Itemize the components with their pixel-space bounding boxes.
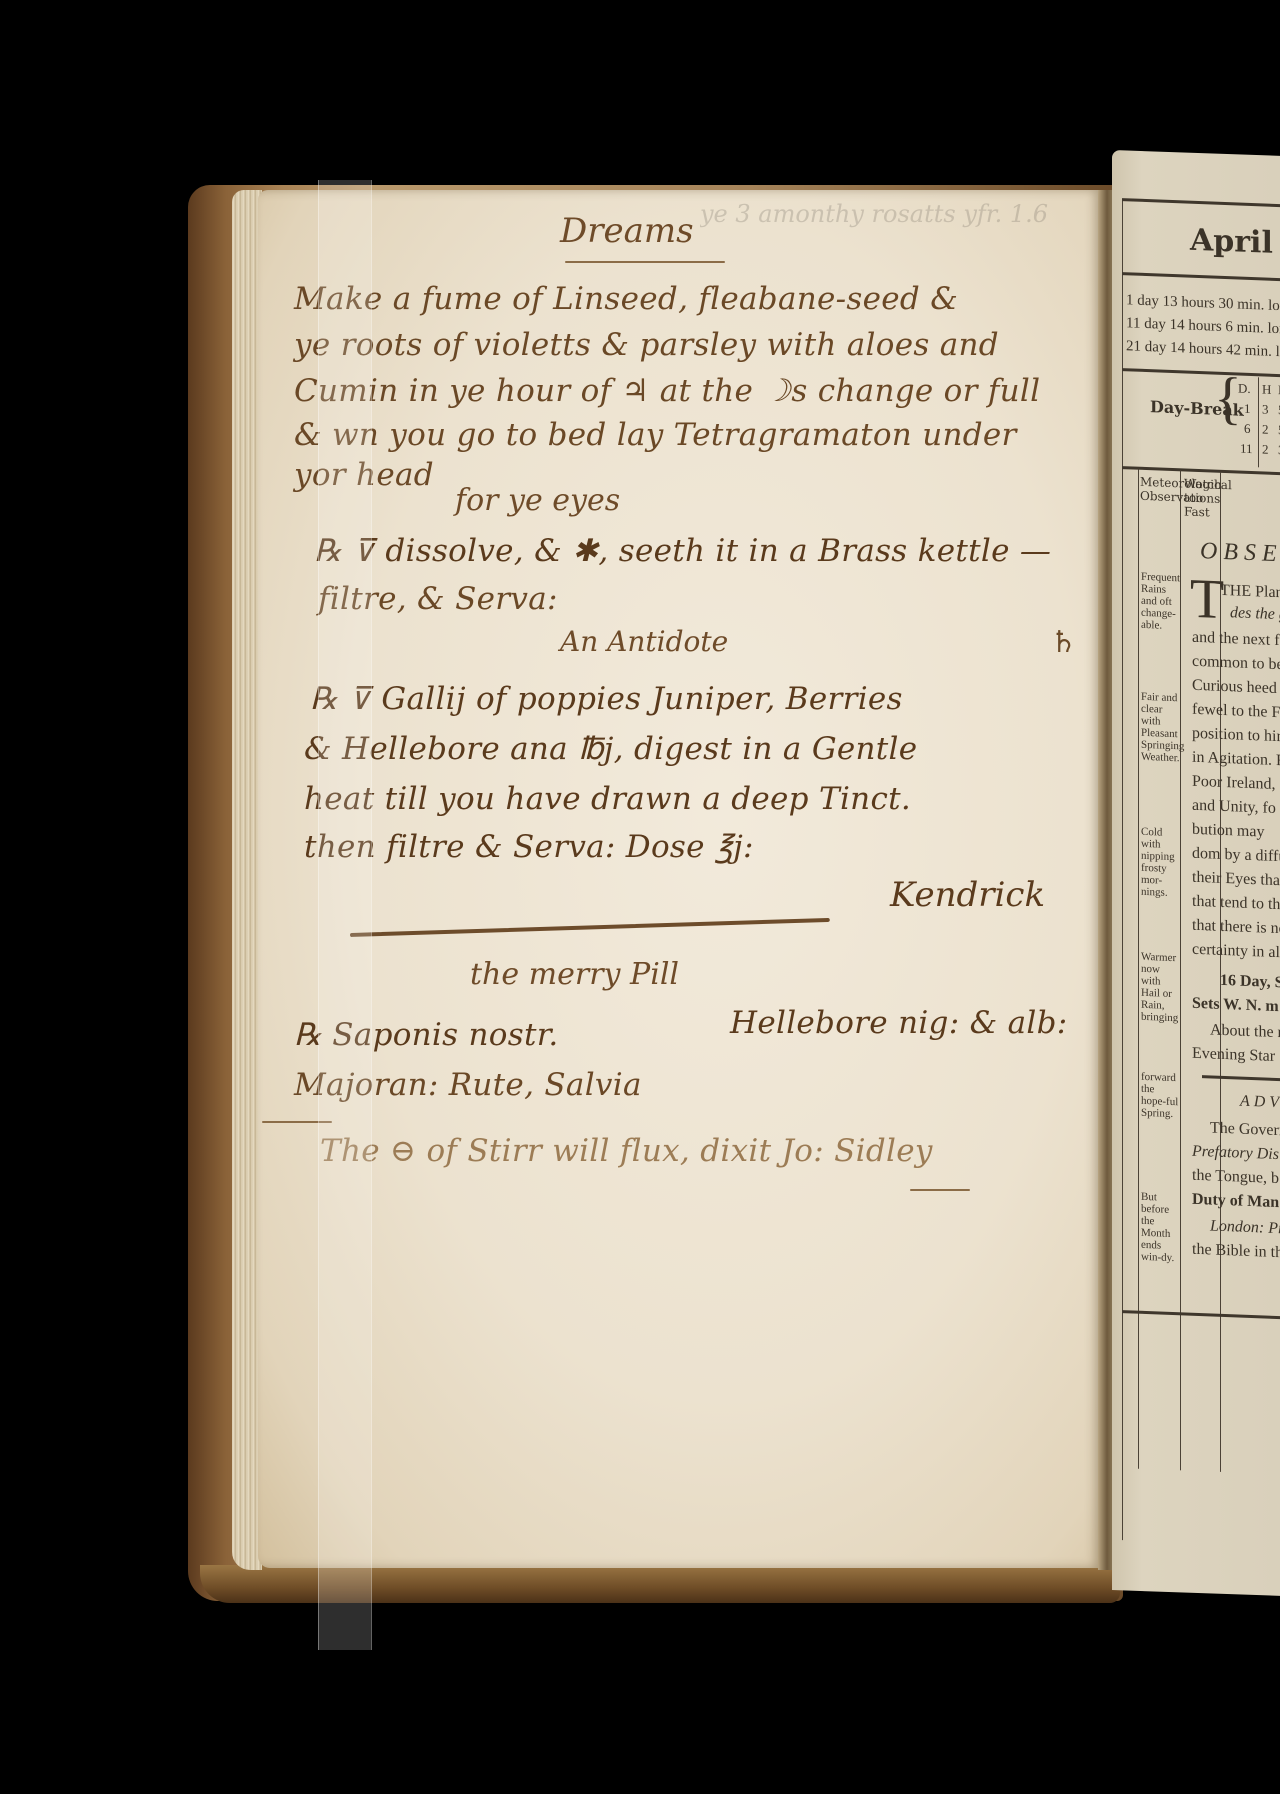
repair-tape-strip <box>318 180 372 1650</box>
observation-line: 16 Day, Su <box>1220 972 1280 993</box>
observation-line: des the gr <box>1230 604 1280 624</box>
month-rule <box>1122 272 1280 282</box>
observation-line: that there is no <box>1192 917 1280 939</box>
day-length-2: 11 day 14 hours 6 min. long <box>1126 315 1280 338</box>
watch-header: Watch too Fast <box>1184 476 1218 519</box>
observation-line: Poor Ireland, and <box>1192 773 1280 795</box>
signature-kendrick: Kendrick <box>890 875 1045 915</box>
weather-note: Fair and clear with Pleasant Springing W… <box>1141 691 1179 764</box>
daybreak-header-d: D. <box>1238 381 1251 397</box>
weather-note: But before the Month ends win-dy. <box>1141 1191 1179 1264</box>
observation-line: Sets W. N. m <box>1192 995 1279 1016</box>
daybreak-cell: 2 <box>1262 421 1269 437</box>
daybreak-cell: 11 <box>1240 441 1253 457</box>
weather-column-line <box>1180 470 1181 1470</box>
observation-line: and Unity, fo <box>1192 797 1276 818</box>
advert-line: London: Pri <box>1210 1217 1280 1238</box>
dreams-line-4: & wn you go to bed lay Tetragramaton und… <box>294 417 1017 453</box>
observation-line: that tend to the <box>1192 893 1280 915</box>
advert-line: the Bible in th <box>1192 1241 1280 1263</box>
observation-line: common to be <box>1192 653 1280 675</box>
observation-line: in Agitation. Fr <box>1192 749 1280 771</box>
daybreak-cell: 2 <box>1262 441 1269 457</box>
day-column-line <box>1138 469 1139 1469</box>
dreams-line-3: Cumin in ye hour of ♃ at the ☽s change o… <box>294 373 1040 409</box>
observation-line: and the next fo <box>1192 629 1280 651</box>
observation-line: THE Planet <box>1220 582 1280 603</box>
daybreak-cell: 1 <box>1244 401 1251 417</box>
antidote-line-1: ℞ ⊽ Gallij of poppies Juniper, Berries <box>310 681 903 717</box>
observation-line: fewel to the Fir <box>1192 701 1280 723</box>
observation-line: position to him al <box>1192 725 1280 747</box>
almanac-top-rule <box>1122 198 1280 208</box>
dreams-line-2: ye roots of violetts & parsley with aloe… <box>294 327 999 363</box>
day-length-3: 21 day 14 hours 42 min. long <box>1126 338 1280 362</box>
eyes-line-1: ℞ ⊽ dissolve, & ✱, seeth it in a Brass k… <box>314 533 1051 569</box>
observation-line: their Eyes that <box>1192 869 1280 891</box>
weather-note: Cold with nipping frosty mor-nings. <box>1141 826 1179 899</box>
almanac-bottom-rule <box>1122 1310 1280 1320</box>
weather-note: Warmer now with Hail or Rain, bringing <box>1141 951 1179 1024</box>
observation-line: Curious heed his <box>1192 677 1280 699</box>
almanac-content: April 1 day 13 hours 30 min. long 11 day… <box>1120 160 1280 1587</box>
advert-line: Duty of Man <box>1192 1191 1279 1212</box>
daybreak-header-h: H <box>1262 381 1271 397</box>
almanac-left-border <box>1122 200 1123 1540</box>
month-title: April <box>1190 223 1273 261</box>
advert-line: Prefatory Dis <box>1192 1143 1279 1164</box>
heading-underline <box>565 261 725 263</box>
heading-merry-pill: the merry Pill <box>470 957 679 992</box>
advert-title: ADVE <box>1240 1093 1280 1113</box>
antidote-line-2: & Hellebore ana ℔j, digest in a Gentle <box>304 731 917 767</box>
heading-antidote: An Antidote <box>560 625 728 658</box>
saturn-symbol-icon: ♄ <box>1050 625 1077 660</box>
dreams-line-1: Make a fume of Linseed, fleabane-seed & <box>294 281 958 317</box>
observation-line: Evening Star S <box>1192 1045 1280 1067</box>
advert-line: the Tongue, b <box>1192 1167 1279 1188</box>
weather-note: forward the hope-ful Spring. <box>1141 1071 1179 1120</box>
daybreak-cell: 3 <box>1262 401 1269 417</box>
observation-line: dom by a diffusi <box>1192 845 1280 867</box>
heading-dreams: Dreams <box>560 211 694 251</box>
pill-line-hellebore: Hellebore nig: & alb: <box>730 1005 1068 1041</box>
meteorological-header: Meteorological Observations <box>1140 475 1180 505</box>
advert-rule <box>1202 1075 1280 1082</box>
observation-line: certainty in all H <box>1192 941 1280 963</box>
closing-underline <box>910 1189 970 1191</box>
antidote-line-3: heat till you have drawn a deep Tinct. <box>304 781 911 817</box>
heading-for-the-eyes: for ye eyes <box>455 483 620 518</box>
daybreak-divider <box>1258 377 1259 467</box>
advert-line: The Govern <box>1210 1119 1280 1140</box>
closing-note-line: The ⊖ of Stirr will flux, dixit Jo: Sidl… <box>320 1133 933 1169</box>
daybreak-cell: 6 <box>1244 421 1251 437</box>
daylen-rule <box>1122 368 1280 378</box>
observation-line: bution may <box>1192 821 1264 842</box>
day-length-1: 1 day 13 hours 30 min. long <box>1126 292 1280 315</box>
observation-line: About the mi <box>1210 1021 1280 1042</box>
weather-note: Frequent Rains and oft change-able. <box>1141 571 1179 632</box>
brace-icon: { <box>1214 364 1242 432</box>
bleed-through-text: ye 3 amonthy rosatts yfr. 1.6 <box>700 200 1100 240</box>
